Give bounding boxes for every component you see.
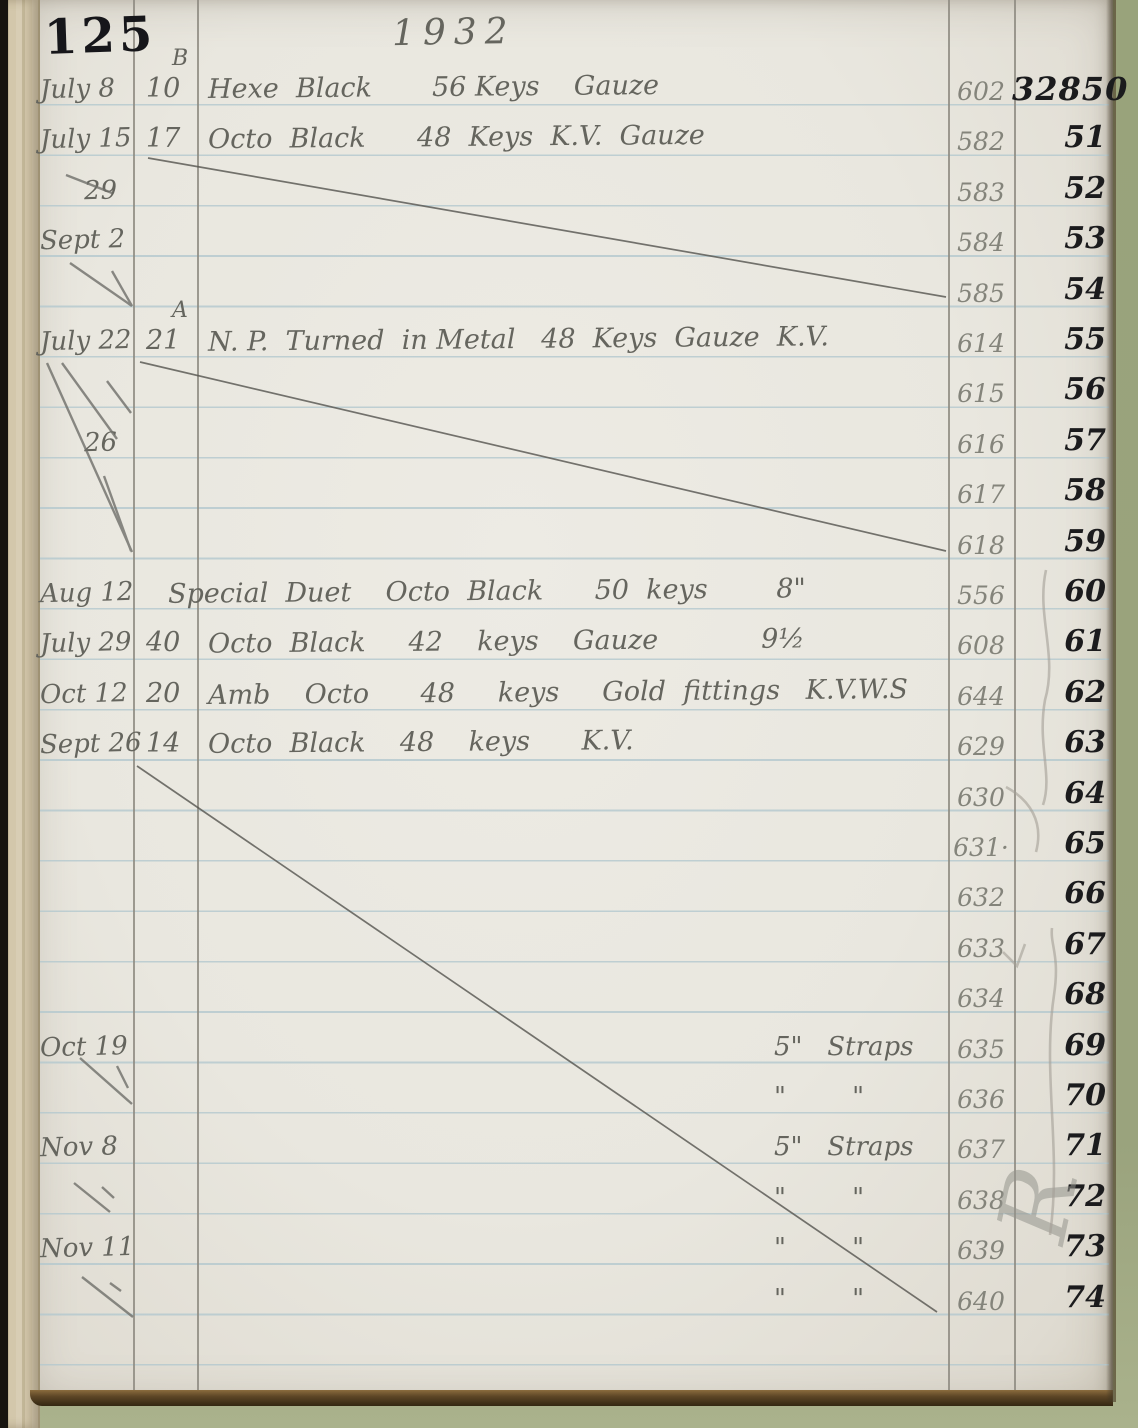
row-serial: 631· [950,833,1012,862]
row-qty: 17 [146,123,198,154]
ledger-row: " " 640 74 [0,1280,1113,1330]
row-date: July 15 [40,123,141,156]
row-serial: 582 [950,127,1012,156]
row-description: Octo Black 48 keys K.V. [208,725,634,760]
ledger-row: 26 616 57 [0,423,1113,473]
row-date: July 29 [40,627,141,660]
row-ledger-number: 70 [1012,1078,1112,1113]
ledger-row: July 15 17 Octo Black 48 Keys K.V. Gauze… [0,120,1113,170]
row-serial: 644 [950,682,1012,711]
row-serial: 608 [950,631,1012,660]
row-ledger-number: 68 [1012,977,1112,1012]
row-description: N. P. Turned in Metal 48 Keys Gauze K.V. [208,321,829,357]
ledger-row: July 29 40 Octo Black 42 keys Gauze 9½ 6… [0,624,1113,674]
ledger-scan: 125 1932 July 8 B 10 Hexe Black 56 Keys … [0,0,1138,1428]
row-date: Aug 12 [40,577,141,610]
row-qty: 21 [146,325,198,356]
ledger-row: Aug 12 Special Duet Octo Black 50 keys 8… [0,574,1113,624]
row-ledger-number: 65 [1012,826,1112,861]
row-strap-note: 5" Straps [774,1032,913,1062]
row-qty-note: B [172,46,188,71]
row-date: Oct 19 [40,1030,141,1063]
ledger-row: 634 68 [0,977,1113,1027]
row-strap-note: " " [774,1233,864,1263]
row-date: July 8 [40,73,141,106]
row-strap-note: " " [774,1183,864,1213]
row-ledger-number: 71 [1012,1128,1112,1163]
row-serial: 640 [950,1287,1012,1316]
ledger-row: July 22 A 21 N. P. Turned in Metal 48 Ke… [0,322,1113,372]
ledger-row: Nov 11 " " 639 73 [0,1229,1113,1279]
ledger-row: " " 638 72 [0,1179,1113,1229]
ledger-row: 631· 65 [0,826,1113,876]
row-ledger-number: 54 [1012,272,1112,307]
row-ledger-number: 69 [1012,1028,1112,1063]
row-serial: 636 [950,1085,1012,1114]
ledger-row: 615 56 [0,372,1113,422]
row-qty: 10 [146,73,198,104]
row-strap-note: " " [774,1082,864,1112]
row-ledger-number: 60 [1012,574,1112,609]
row-ledger-number: 64 [1012,776,1112,811]
row-ledger-number: 61 [1012,624,1112,659]
row-serial: 618 [950,531,1012,560]
row-ledger-number: 63 [1012,725,1112,760]
row-ledger-number: 53 [1012,221,1112,256]
row-ledger-number: 58 [1012,473,1112,508]
row-date: Nov 11 [40,1232,141,1265]
row-date: 26 [84,425,185,458]
row-description: Octo Black 42 keys Gauze 9½ [208,624,805,660]
ledger-row: July 8 B 10 Hexe Black 56 Keys Gauze 602… [0,70,1113,120]
ledger-row: 630 64 [0,776,1113,826]
row-ledger-number: 52 [1012,171,1112,206]
row-description: Octo Black 48 Keys K.V. Gauze [208,120,705,155]
row-serial: 635 [950,1035,1012,1064]
ledger-row: Oct 19 5" Straps 635 69 [0,1028,1113,1078]
row-ledger-number: 51 [1012,120,1112,155]
row-date: Sept 26 [40,728,141,761]
row-serial: 639 [950,1236,1012,1265]
ledger-row: Sept 2 584 53 [0,221,1113,271]
row-ledger-number: 55 [1012,322,1112,357]
row-serial: 615 [950,379,1012,408]
row-strap-note: " " [774,1284,864,1314]
row-serial: 634 [950,984,1012,1013]
row-description: Hexe Black 56 Keys Gauze [208,70,659,105]
row-serial: 632 [950,883,1012,912]
row-ledger-number: 62 [1012,675,1112,710]
row-serial: 630 [950,783,1012,812]
row-serial: 556 [950,581,1012,610]
row-qty: 40 [146,627,198,658]
row-serial: 617 [950,480,1012,509]
row-serial: 583 [950,178,1012,207]
row-date: Oct 12 [40,677,141,710]
ledger-row: 585 54 [0,272,1113,322]
row-serial: 614 [950,329,1012,358]
row-strap-note: 5" Straps [774,1132,913,1162]
row-ledger-number: 57 [1012,423,1112,458]
row-serial: 584 [950,228,1012,257]
row-serial: 633 [950,934,1012,963]
row-date: Sept 2 [40,224,141,257]
row-date: July 22 [40,325,141,358]
row-qty: 14 [146,728,198,759]
row-ledger-number: 59 [1012,524,1112,559]
ledger-rows: July 8 B 10 Hexe Black 56 Keys Gauze 602… [0,0,1138,1402]
row-qty-note: A [172,298,188,323]
row-ledger-number: 74 [1012,1280,1112,1315]
row-description: Special Duet Octo Black 50 keys 8" [168,573,806,610]
ledger-row: Nov 8 5" Straps 637 71 [0,1128,1113,1178]
ledger-row: 29 583 52 [0,171,1113,221]
row-serial: 629 [950,732,1012,761]
row-serial: 602 [950,77,1012,106]
ledger-row: " " 636 70 [0,1078,1113,1128]
row-ledger-number: 32850 [1012,70,1112,108]
row-description: Amb Octo 48 keys Gold fittings K.V.W.S [208,674,908,711]
row-serial: 616 [950,430,1012,459]
ledger-row: 633 67 [0,927,1113,977]
ledger-row: 617 58 [0,473,1113,523]
ledger-row: 618 59 [0,524,1113,574]
row-ledger-number: 67 [1012,927,1112,962]
ledger-row: Oct 12 20 Amb Octo 48 keys Gold fittings… [0,675,1113,725]
row-serial: 585 [950,279,1012,308]
row-qty: 20 [146,678,198,709]
row-date: 29 [84,173,185,206]
row-ledger-number: 56 [1012,372,1112,407]
ledger-row: 632 66 [0,876,1113,926]
row-ledger-number: 66 [1012,876,1112,911]
ledger-row: Sept 26 14 Octo Black 48 keys K.V. 629 6… [0,725,1113,775]
row-date: Nov 8 [40,1131,141,1164]
